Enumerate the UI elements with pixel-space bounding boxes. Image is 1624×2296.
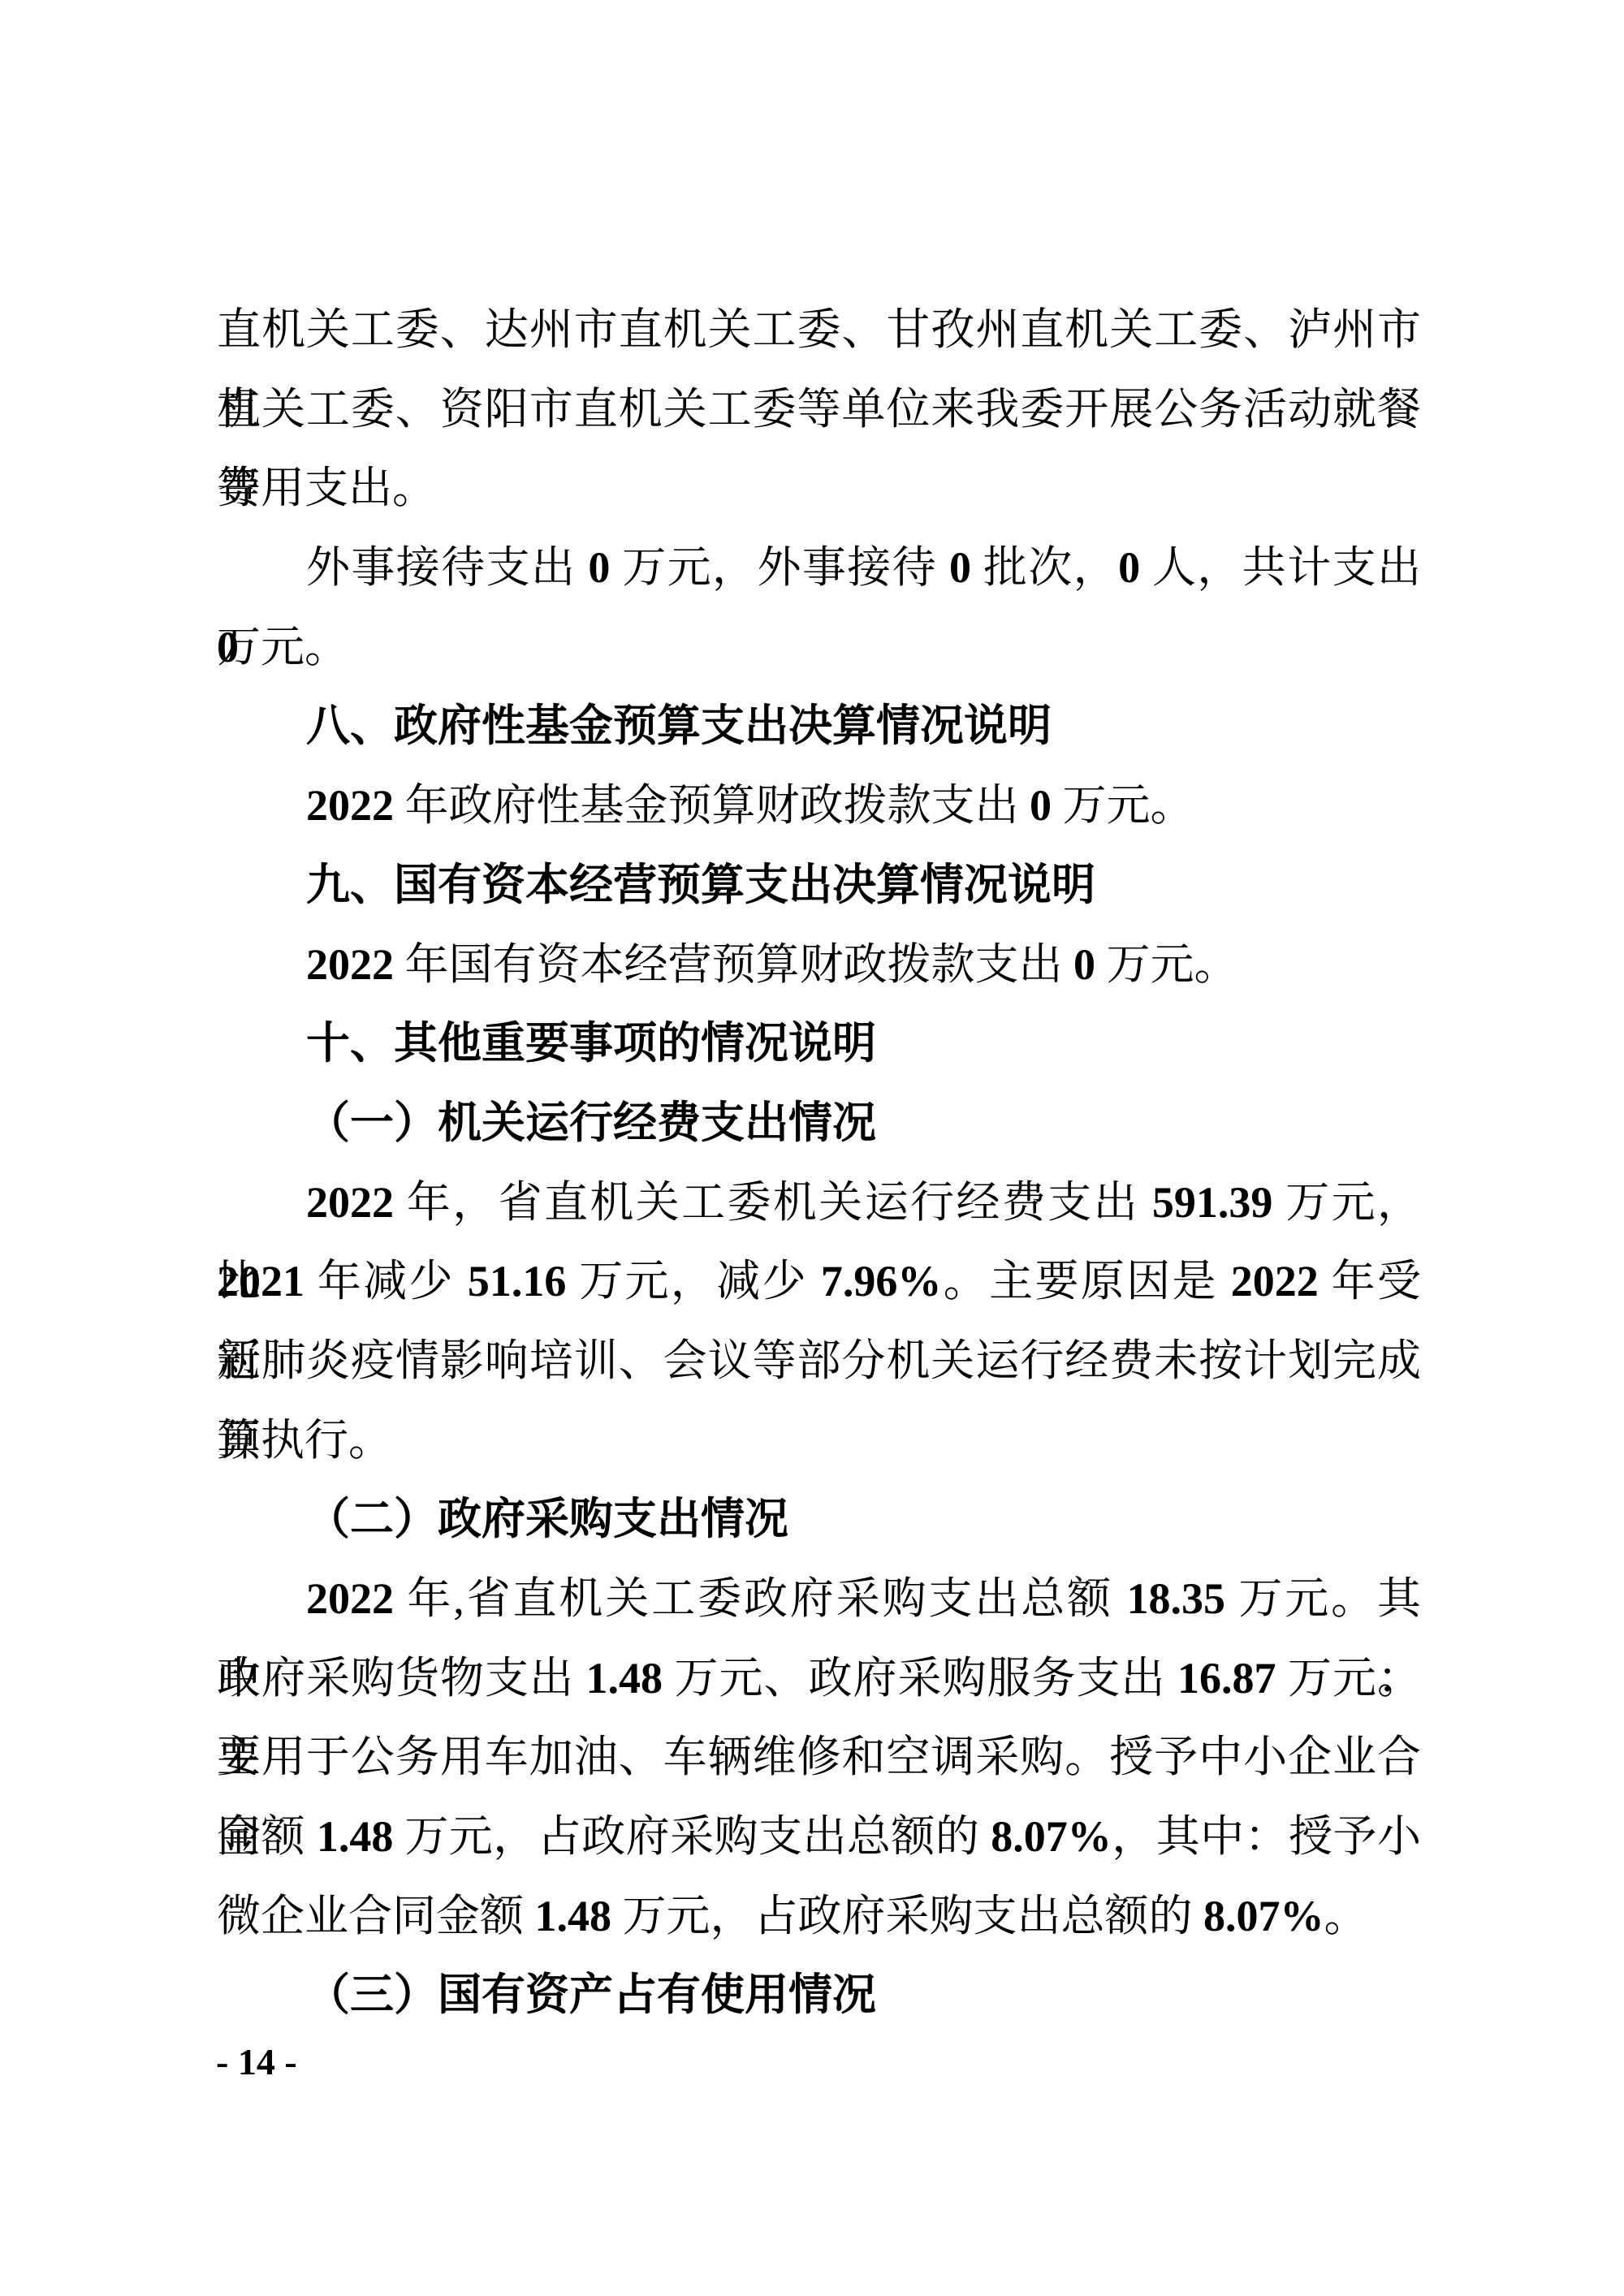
text-segment: 算执行。 bbox=[217, 1416, 392, 1465]
text-line: 算执行。 bbox=[217, 1401, 1421, 1481]
text-line: 外事接待支出 0 万元，外事接待 0 批次，0 人，共计支出 0 bbox=[217, 529, 1421, 608]
numeric-value: 1.48 bbox=[317, 1812, 394, 1861]
numeric-value: 0 bbox=[1118, 543, 1140, 592]
numeric-value: 0 bbox=[1030, 781, 1052, 830]
numeric-value: 1.48 bbox=[535, 1892, 612, 1940]
sub-heading: （二）政府采购支出情况 bbox=[217, 1480, 1421, 1560]
text-line: 2022 年国有资本经营预算财政拨款支出 0 万元。 bbox=[217, 926, 1421, 1005]
numeric-value: 2022 bbox=[1231, 1257, 1319, 1306]
numeric-value: 16.87 bbox=[1177, 1654, 1276, 1703]
text-segment: 八、政府性基金预算支出决算情况说明 bbox=[306, 701, 1052, 750]
text-segment: 万元。 bbox=[1095, 940, 1238, 989]
text-segment: 。主要原因是 bbox=[941, 1257, 1230, 1306]
sub-heading: （三）国有资产占有使用情况 bbox=[217, 1956, 1421, 2035]
text-segment: （二）政府采购支出情况 bbox=[306, 1495, 788, 1543]
text-segment: （一）机关运行经费支出情况 bbox=[306, 1098, 876, 1147]
text-segment: 微企业合同金额 bbox=[217, 1892, 535, 1940]
numeric-value: 8.07% bbox=[1203, 1892, 1324, 1940]
text-segment: （三）国有资产占有使用情况 bbox=[306, 1970, 876, 2019]
text-segment: 万元，占政府采购支出总额的 bbox=[611, 1892, 1203, 1940]
text-line: 2022 年,省直机关工委政府采购支出总额 18.35 万元。其中： bbox=[217, 1560, 1421, 1639]
document-body: 直机关工委、达州市直机关工委、甘孜州直机关工委、泸州市直机关工委、资阳市直机关工… bbox=[217, 291, 1421, 2035]
text-line: 微企业合同金额 1.48 万元，占政府采购支出总额的 8.07%。 bbox=[217, 1877, 1421, 1957]
numeric-value: 0 bbox=[1073, 940, 1095, 989]
text-segment: 。 bbox=[1324, 1892, 1368, 1940]
text-line: 机关工委、资阳市直机关工委等单位来我委开展公务活动就餐等 bbox=[217, 370, 1421, 450]
text-segment: ，其中：授予小 bbox=[1112, 1812, 1421, 1861]
numeric-value: 18.35 bbox=[1126, 1574, 1225, 1623]
text-segment: 人，共计支出 bbox=[1140, 543, 1421, 592]
numeric-value: 0 bbox=[949, 543, 971, 592]
text-segment: 费用支出。 bbox=[217, 464, 436, 512]
numeric-value: 8.07% bbox=[991, 1812, 1112, 1861]
text-segment: 万元，减少 bbox=[566, 1257, 821, 1306]
section-heading: 九、国有资本经营预算支出决算情况说明 bbox=[217, 846, 1421, 926]
text-line: 费用支出。 bbox=[217, 449, 1421, 529]
page-number: - 14 - bbox=[216, 2040, 297, 2084]
text-segment: 十、其他重要事项的情况说明 bbox=[306, 1019, 876, 1068]
text-segment: 年减少 bbox=[304, 1257, 468, 1306]
numeric-value: 1.48 bbox=[586, 1654, 663, 1703]
text-segment: 批次， bbox=[971, 543, 1118, 592]
text-segment: 万元、政府采购服务支出 bbox=[663, 1654, 1177, 1703]
numeric-value: 7.96% bbox=[821, 1257, 942, 1306]
section-heading: 十、其他重要事项的情况说明 bbox=[217, 1004, 1421, 1084]
text-line: 2022 年，省直机关工委机关运行经费支出 591.39 万元，比 bbox=[217, 1163, 1421, 1243]
text-segment: 万元，占政府采购支出总额的 bbox=[393, 1812, 991, 1861]
section-heading: 八、政府性基金预算支出决算情况说明 bbox=[217, 687, 1421, 766]
document-page: 直机关工委、达州市直机关工委、甘孜州直机关工委、泸州市直机关工委、资阳市直机关工… bbox=[0, 0, 1624, 2296]
numeric-value: 0 bbox=[588, 543, 610, 592]
text-line: 要用于公务用车加油、车辆维修和空调采购。授予中小企业合同 bbox=[217, 1718, 1421, 1798]
text-line: 冠肺炎疫情影响培训、会议等部分机关运行经费未按计划完成预 bbox=[217, 1322, 1421, 1401]
text-segment: 年国有资本经营预算财政拨款支出 bbox=[394, 940, 1073, 989]
text-line: 2022 年政府性基金预算财政拨款支出 0 万元。 bbox=[217, 766, 1421, 846]
text-segment: 年,省直机关工委政府采购支出总额 bbox=[394, 1574, 1126, 1623]
numeric-value: 2022 bbox=[306, 1574, 394, 1623]
text-segment: 年政府性基金预算财政拨款支出 bbox=[394, 781, 1030, 830]
text-line: 金额 1.48 万元，占政府采购支出总额的 8.07%，其中：授予小 bbox=[217, 1798, 1421, 1877]
text-line: 2021 年减少 51.16 万元，减少 7.96%。主要原因是 2022 年受… bbox=[217, 1242, 1421, 1322]
numeric-value: 51.16 bbox=[468, 1257, 567, 1306]
text-segment: 万元，外事接待 bbox=[610, 543, 949, 592]
text-line: 政府采购货物支出 1.48 万元、政府采购服务支出 16.87 万元。主 bbox=[217, 1639, 1421, 1719]
numeric-value: 2021 bbox=[217, 1257, 304, 1306]
numeric-value: 2022 bbox=[306, 940, 394, 989]
text-segment: 万元。 bbox=[1052, 781, 1194, 830]
text-segment: 政府采购货物支出 bbox=[217, 1654, 586, 1703]
text-segment: 金额 bbox=[217, 1812, 317, 1861]
text-segment: 九、国有资本经营预算支出决算情况说明 bbox=[306, 861, 1095, 909]
numeric-value: 591.39 bbox=[1152, 1178, 1273, 1227]
text-segment: 万元。 bbox=[217, 623, 348, 671]
text-line: 直机关工委、达州市直机关工委、甘孜州直机关工委、泸州市直 bbox=[217, 291, 1421, 370]
sub-heading: （一）机关运行经费支出情况 bbox=[217, 1084, 1421, 1163]
text-segment: 外事接待支出 bbox=[306, 543, 588, 592]
text-segment: 年，省直机关工委机关运行经费支出 bbox=[394, 1178, 1152, 1227]
text-line: 万元。 bbox=[217, 608, 1421, 688]
numeric-value: 2022 bbox=[306, 781, 394, 830]
numeric-value: 2022 bbox=[306, 1178, 394, 1227]
